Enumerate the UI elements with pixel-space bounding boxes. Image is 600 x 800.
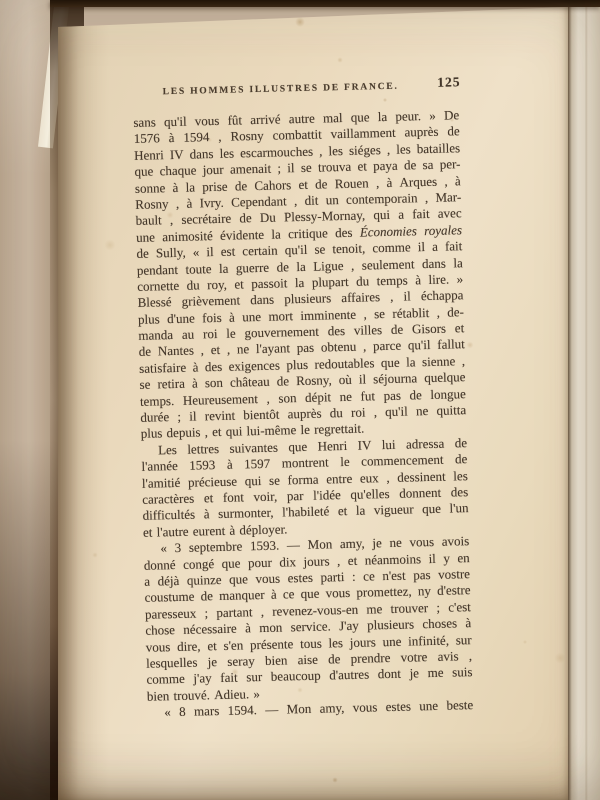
page-header: LES HOMMES ILLUSTRES DE FRANCE. 125 <box>133 80 459 102</box>
page-number: 125 <box>437 74 461 91</box>
book-page: LES HOMMES ILLUSTRES DE FRANCE. 125 sans… <box>58 0 568 800</box>
book-photo: LES HOMMES ILLUSTRES DE FRANCE. 125 sans… <box>0 0 600 800</box>
paragraph: sansqu'ilvousfûtarrivéautremalquelapeur.… <box>133 107 467 442</box>
paragraph: «3septembre1593.—Monamy,jenevousavoisdon… <box>143 533 473 705</box>
running-title: LES HOMMES ILLUSTRES DE FRANCE. <box>133 80 459 98</box>
top-shadow-strip <box>50 0 600 7</box>
paragraph: LeslettressuivantesqueHenriIVluiadressad… <box>141 435 469 541</box>
page-body: sansqu'ilvousfûtarrivéautremalquelapeur.… <box>133 107 473 721</box>
right-page-edges <box>568 0 600 800</box>
text-block: LES HOMMES ILLUSTRES DE FRANCE. 125 sans… <box>133 80 474 721</box>
